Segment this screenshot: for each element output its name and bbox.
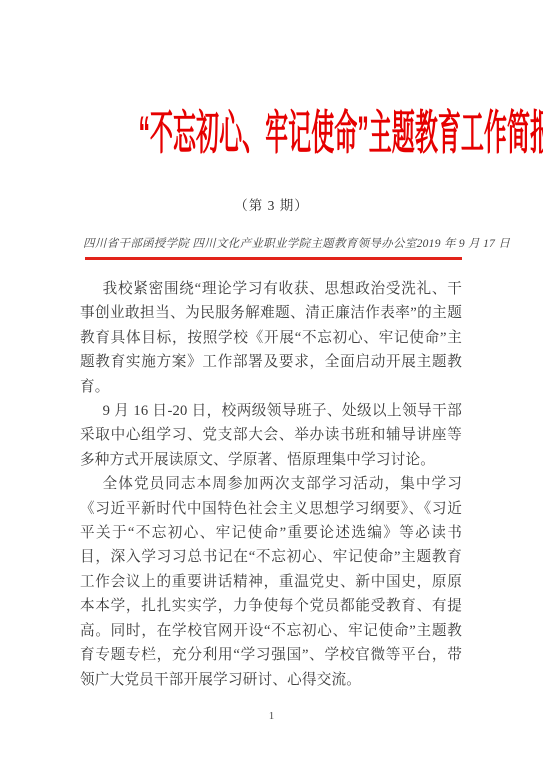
paragraph-1: 我校紧密围绕“理论学习有收获、思想政治受洗礼、干事创业敢担当、为民服务解难题、清… <box>80 277 462 399</box>
publisher-name: 四川省干部函授学院 四川文化产业职业学院主题教育领导办公室 <box>83 235 417 251</box>
paragraph-3: 全体党员同志本周参加两次支部学习活动，集中学习《习近平新时代中国特色社会主义思想… <box>80 472 462 692</box>
page-number: 1 <box>0 710 543 722</box>
document-title: “不忘初心、牢记使命”主题教育工作简报 <box>138 102 404 164</box>
publisher-row: 四川省干部函授学院 四川文化产业职业学院主题教育领导办公室 2019 年 9 月… <box>83 235 459 251</box>
document-page: “不忘初心、牢记使命”主题教育工作简报 （第 3 期） 四川省干部函授学院 四川… <box>0 0 543 768</box>
red-divider-rule <box>85 257 462 260</box>
paragraph-2: 9 月 16 日-20 日，校两级领导班子、处级以上领导干部采取中心组学习、党支… <box>80 399 462 472</box>
publish-date: 2019 年 9 月 17 日 <box>417 235 511 251</box>
issue-number: （第 3 期） <box>0 194 543 214</box>
document-body: 我校紧密围绕“理论学习有收获、思想政治受洗礼、干事创业敢担当、为民服务解难题、清… <box>80 277 462 692</box>
